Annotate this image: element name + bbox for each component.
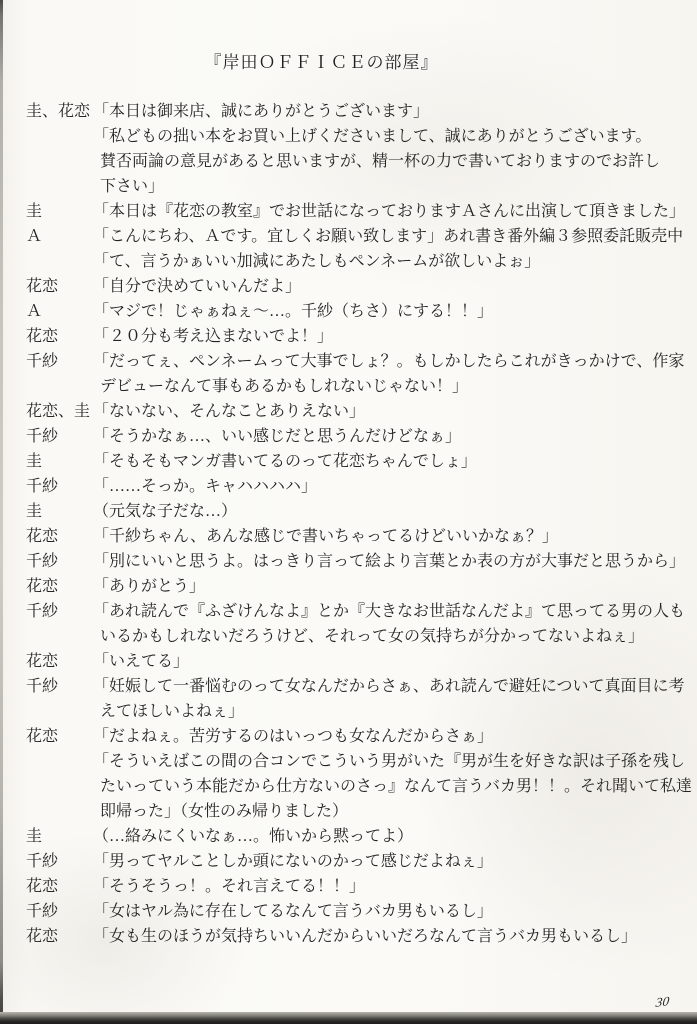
speech-line: デビューなんて事もあるかもしれないじゃない！」	[93, 374, 697, 399]
speech-line: 「別にいいと思うよ。はっきり言って絵より言葉とか表の方が大事だと思うから」	[93, 549, 697, 574]
speech-line: 「妊娠して一番悩むのって女なんだからさぁ、あれ読んで避妊について真面目に考	[93, 674, 697, 699]
speaker-name: 花恋	[26, 924, 93, 949]
speech-text: 「ありがとう」	[93, 574, 697, 599]
speech-text: 「男ってヤルことしか頭にないのかって感じだよねぇ」	[93, 849, 697, 874]
dialogue-row: 千紗「あれ読んで『ふざけんなよ』とか『大きなお世話なんだよ』て思ってる男の人もい…	[26, 599, 697, 649]
dialogue-row: 千紗「別にいいと思うよ。はっきり言って絵より言葉とか表の方が大事だと思うから」	[26, 549, 697, 574]
speaker-name: 千紗	[26, 349, 93, 374]
dialogue-row: 圭「そもそもマンガ書いてるのって花恋ちゃんでしょ」	[26, 449, 697, 474]
dialogue-row: 花恋「千紗ちゃん、あんな感じで書いちゃってるけどいいかなぁ？」	[26, 524, 697, 549]
speech-text: 「マジで！じゃぁねぇ～…。千紗（ちさ）にする！！」	[93, 299, 697, 324]
dialogue-row: 花恋「２０分も考え込まないでよ！」	[26, 324, 697, 349]
speaker-name: 千紗	[26, 474, 93, 499]
speech-text: 「だってぇ、ペンネームって大事でしょ？。もしかしたらこれがきっかけで、作家デビュ…	[93, 349, 697, 399]
speech-line: えてほしいよねぇ」	[93, 699, 697, 724]
speech-line: 賛否両論の意見があると思いますが、精一杯の力で書いておりますのでお許し	[93, 149, 697, 174]
speaker-name: 圭	[26, 199, 93, 224]
dialogue-row: Ａ「こんにちわ、Ａです。宜しくお願い致します」あれ書き番外編３参照委託販売中「て…	[26, 224, 697, 274]
speech-text: 「千紗ちゃん、あんな感じで書いちゃってるけどいいかなぁ？」	[93, 524, 697, 549]
speech-line: 「男ってヤルことしか頭にないのかって感じだよねぇ」	[93, 849, 697, 874]
speech-text: 「本日は御来店、誠にありがとうございます」「私どもの拙い本をお買い上げくださいま…	[93, 99, 697, 199]
speaker-name: 花恋	[26, 524, 93, 549]
dialogue-row: 千紗「妊娠して一番悩むのって女なんだからさぁ、あれ読んで避妊について真面目に考え…	[26, 674, 697, 724]
dialogue-row: 花恋「ありがとう」	[26, 574, 697, 599]
speaker-name: Ａ	[26, 299, 93, 324]
speaker-name: 圭、花恋	[26, 99, 93, 124]
speaker-name: 花恋	[26, 649, 93, 674]
speech-line: 「本日は『花恋の教室』でお世話になっておりますＡさんに出演して頂きました」	[93, 199, 697, 224]
bottom-scan-bar	[0, 1012, 697, 1024]
speech-text: 「自分で決めていいんだよ」	[93, 274, 697, 299]
speech-line: 「だってぇ、ペンネームって大事でしょ？。もしかしたらこれがきっかけで、作家	[93, 349, 697, 374]
speaker-name: 花恋	[26, 724, 93, 749]
speech-line: 「あれ読んで『ふざけんなよ』とか『大きなお世話なんだよ』て思ってる男の人も	[93, 599, 697, 624]
dialogue-list: 圭、花恋「本日は御来店、誠にありがとうございます」「私どもの拙い本をお買い上げく…	[26, 99, 697, 949]
speech-line: 「女はヤル為に存在してるなんて言うバカ男もいるし」	[93, 899, 697, 924]
speech-line: たいっていう本能だから仕方ないのさっ』なんて言うバカ男！！。それ聞いて私達	[93, 774, 697, 799]
speech-text: 「だよねぇ。苦労するのはいっつも女なんだからさぁ」「そういえばこの間の合コンでこ…	[93, 724, 697, 824]
speech-line: 「そうそうっ！。それ言えてる！！」	[93, 874, 697, 899]
dialogue-row: 圭（元気な子だな…）	[26, 499, 697, 524]
page-title: 『岸田ＯＦＦＩＣＥの部屋』	[0, 48, 670, 73]
speaker-name: 圭	[26, 449, 93, 474]
speech-text: 「……そっか。キャハハハハ」	[93, 474, 697, 499]
speech-line: （元気な子だな…）	[93, 499, 697, 524]
speech-text: 「女はヤル為に存在してるなんて言うバカ男もいるし」	[93, 899, 697, 924]
speaker-name: 花恋	[26, 574, 93, 599]
speech-line: 即帰った」（女性のみ帰りました）	[93, 799, 697, 824]
speaker-name: 花恋、圭	[26, 399, 93, 424]
speech-text: 「２０分も考え込まないでよ！」	[93, 324, 697, 349]
speech-line: 「２０分も考え込まないでよ！」	[93, 324, 697, 349]
speech-text: 「いえてる」	[93, 649, 697, 674]
speech-line: 「女も生のほうが気持ちいいんだからいいだろなんて言うバカ男もいるし」	[93, 924, 697, 949]
speech-text: 「別にいいと思うよ。はっきり言って絵より言葉とか表の方が大事だと思うから」	[93, 549, 697, 574]
speaker-name: Ａ	[26, 224, 93, 249]
speech-line: 「こんにちわ、Ａです。宜しくお願い致します」あれ書き番外編３参照委託販売中	[93, 224, 697, 249]
speech-line: 「て、言うかぁいい加減にあたしもペンネームが欲しいよぉ」	[93, 249, 697, 274]
speech-text: 「そうそうっ！。それ言えてる！！」	[93, 874, 697, 899]
speech-text: 「妊娠して一番悩むのって女なんだからさぁ、あれ読んで避妊について真面目に考えてほ…	[93, 674, 697, 724]
speech-text: 「女も生のほうが気持ちいいんだからいいだろなんて言うバカ男もいるし」	[93, 924, 697, 949]
speech-text: 「そもそもマンガ書いてるのって花恋ちゃんでしょ」	[93, 449, 697, 474]
dialogue-row: 圭（…絡みにくいなぁ…。怖いから黙ってよ）	[26, 824, 697, 849]
speaker-name: 千紗	[26, 849, 93, 874]
dialogue-row: 花恋、圭「ないない、そんなことありえない」	[26, 399, 697, 424]
speech-text: （元気な子だな…）	[93, 499, 697, 524]
speech-line: 「そういえばこの間の合コンでこういう男がいた『男が生を好きな訳は子孫を残し	[93, 749, 697, 774]
speech-text: 「本日は『花恋の教室』でお世話になっておりますＡさんに出演して頂きました」	[93, 199, 697, 224]
speech-text: 「そうかなぁ…、いい感じだと思うんだけどなぁ」	[93, 424, 697, 449]
dialogue-row: 花恋「だよねぇ。苦労するのはいっつも女なんだからさぁ」「そういえばこの間の合コン…	[26, 724, 697, 824]
speech-line: 「そうかなぁ…、いい感じだと思うんだけどなぁ」	[93, 424, 697, 449]
speech-line: 「だよねぇ。苦労するのはいっつも女なんだからさぁ」	[93, 724, 697, 749]
speaker-name: 千紗	[26, 549, 93, 574]
speaker-name: 花恋	[26, 324, 93, 349]
dialogue-row: 千紗「だってぇ、ペンネームって大事でしょ？。もしかしたらこれがきっかけで、作家デ…	[26, 349, 697, 399]
speaker-name: 花恋	[26, 274, 93, 299]
dialogue-row: 花恋「いえてる」	[26, 649, 697, 674]
page-number: 30	[655, 993, 670, 1011]
dialogue-row: 千紗「女はヤル為に存在してるなんて言うバカ男もいるし」	[26, 899, 697, 924]
speech-line: 「ありがとう」	[93, 574, 697, 599]
speaker-name: 千紗	[26, 424, 93, 449]
speech-text: 「あれ読んで『ふざけんなよ』とか『大きなお世話なんだよ』て思ってる男の人もいるか…	[93, 599, 697, 649]
speech-line: 「そもそもマンガ書いてるのって花恋ちゃんでしょ」	[93, 449, 697, 474]
dialogue-row: 千紗「男ってヤルことしか頭にないのかって感じだよねぇ」	[26, 849, 697, 874]
dialogue-row: 花恋「女も生のほうが気持ちいいんだからいいだろなんて言うバカ男もいるし」	[26, 924, 697, 949]
speaker-name: 圭	[26, 499, 93, 524]
speech-line: 下さい」	[93, 174, 697, 199]
speaker-name: 圭	[26, 824, 93, 849]
speech-line: 「本日は御来店、誠にありがとうございます」	[93, 99, 697, 124]
dialogue-row: 花恋「そうそうっ！。それ言えてる！！」	[26, 874, 697, 899]
speech-text: 「こんにちわ、Ａです。宜しくお願い致します」あれ書き番外編３参照委託販売中「て、…	[93, 224, 697, 274]
scanned-page: 『岸田ＯＦＦＩＣＥの部屋』 圭、花恋「本日は御来店、誠にありがとうございます」「…	[0, 0, 697, 1024]
speech-line: 「私どもの拙い本をお買い上げくださいまして、誠にありがとうございます。	[93, 124, 697, 149]
speech-text: （…絡みにくいなぁ…。怖いから黙ってよ）	[93, 824, 697, 849]
dialogue-row: 千紗「そうかなぁ…、いい感じだと思うんだけどなぁ」	[26, 424, 697, 449]
dialogue-row: 圭、花恋「本日は御来店、誠にありがとうございます」「私どもの拙い本をお買い上げく…	[26, 99, 697, 199]
speech-line: 「ないない、そんなことありえない」	[93, 399, 697, 424]
speaker-name: 千紗	[26, 899, 93, 924]
speech-line: いるかもしれないだろうけど、それって女の気持ちが分かってないよねぇ」	[93, 624, 697, 649]
speaker-name: 千紗	[26, 674, 93, 699]
speech-text: 「ないない、そんなことありえない」	[93, 399, 697, 424]
speech-line: 「自分で決めていいんだよ」	[93, 274, 697, 299]
dialogue-row: 圭「本日は『花恋の教室』でお世話になっておりますＡさんに出演して頂きました」	[26, 199, 697, 224]
dialogue-row: Ａ「マジで！じゃぁねぇ～…。千紗（ちさ）にする！！」	[26, 299, 697, 324]
speaker-name: 花恋	[26, 874, 93, 899]
speech-line: （…絡みにくいなぁ…。怖いから黙ってよ）	[93, 824, 697, 849]
left-scan-edge	[0, 0, 3, 1024]
speech-line: 「いえてる」	[93, 649, 697, 674]
dialogue-row: 千紗「……そっか。キャハハハハ」	[26, 474, 697, 499]
speech-line: 「……そっか。キャハハハハ」	[93, 474, 697, 499]
dialogue-row: 花恋「自分で決めていいんだよ」	[26, 274, 697, 299]
speech-line: 「マジで！じゃぁねぇ～…。千紗（ちさ）にする！！」	[93, 299, 697, 324]
speaker-name: 千紗	[26, 599, 93, 624]
speech-line: 「千紗ちゃん、あんな感じで書いちゃってるけどいいかなぁ？」	[93, 524, 697, 549]
